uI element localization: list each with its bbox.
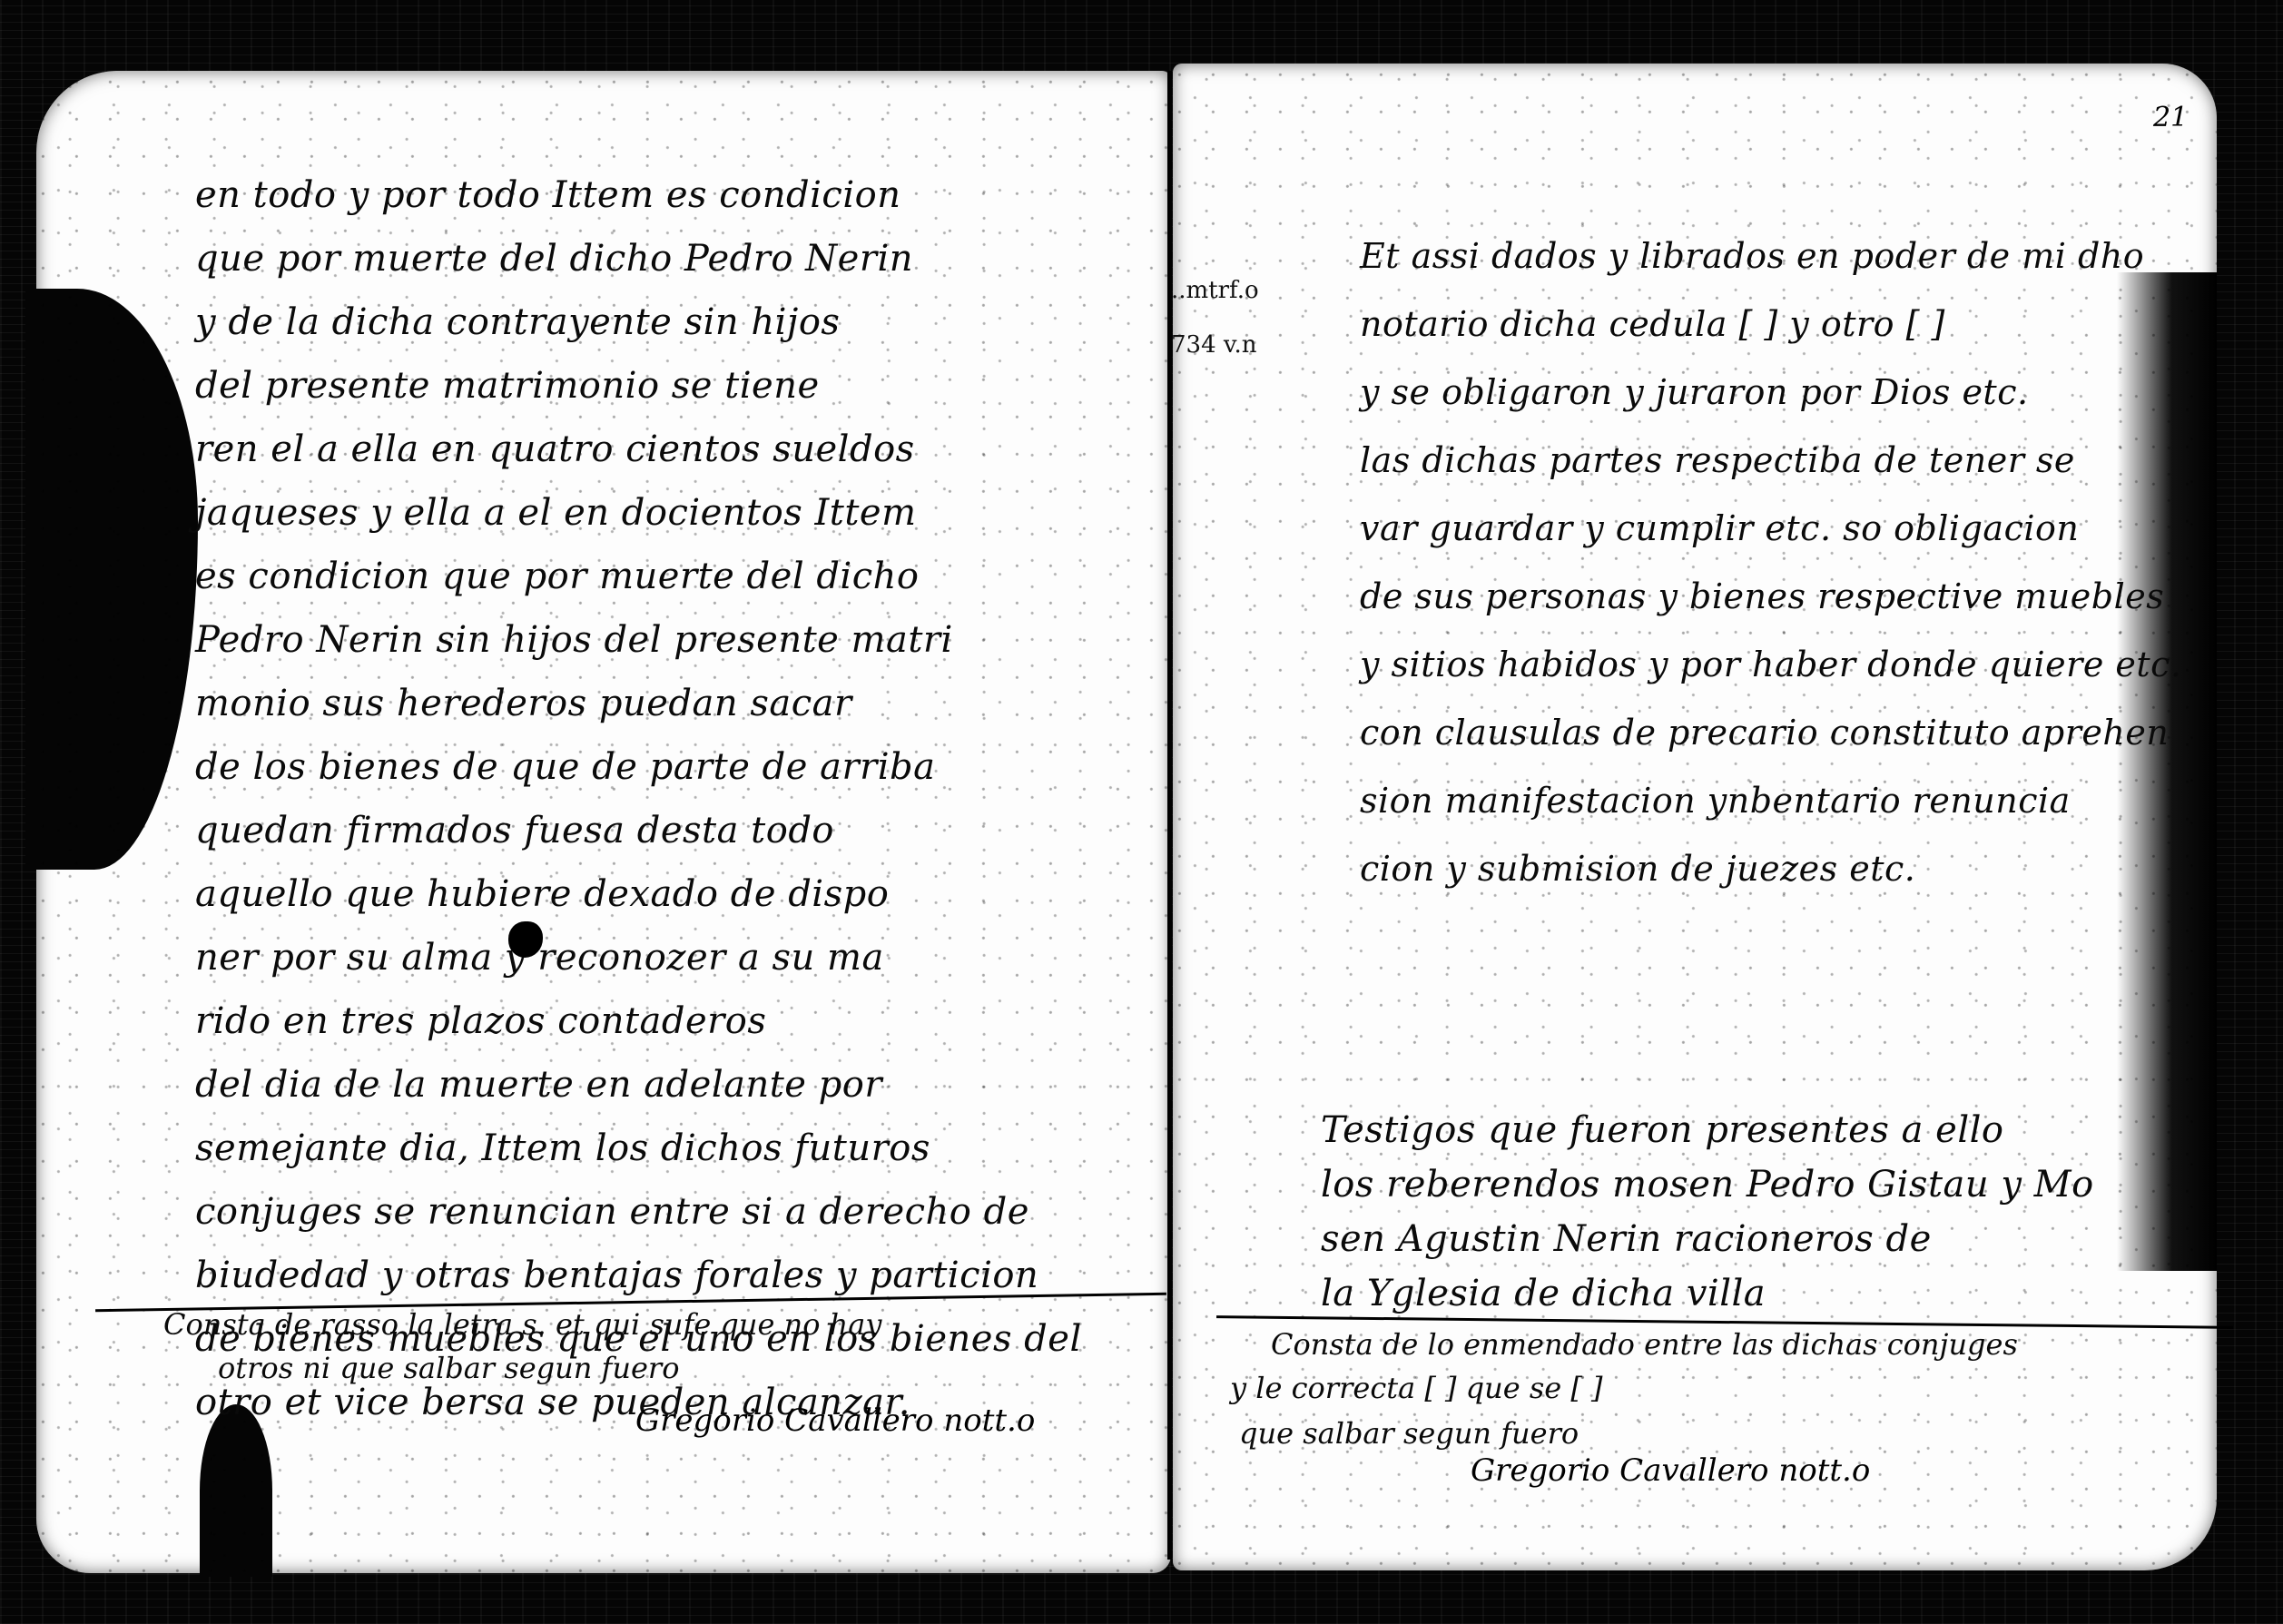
text-line: sen Agustin Nerin racioneros de [1321,1212,2094,1266]
text-line: los reberendos mosen Pedro Gistau y Mo [1321,1157,2094,1212]
text-line: y se obligaron y juraron por Dios etc. [1360,359,2182,427]
text-line: aquello que hubiere dexado de dispo [195,862,1082,926]
text-line: semejante dia, Ittem los dichos futuros [195,1117,1082,1180]
text-line: cion y submision de juezes etc. [1360,835,2182,903]
text-line: ren el a ella en quatro cientos sueldos [195,418,1082,481]
text-line: que por muerte del dicho Pedro Nerin [195,227,1082,290]
marginal-note-line: Consta de lo enmendado entre las dichas … [1271,1327,2018,1362]
text-line: las dichas partes respectiba de tener se [1360,427,2182,495]
notary-signature: Gregorio Cavallero nott.o [1471,1452,1870,1489]
right-page-margin-marks: ..mtrf.o 734 v.n [1171,263,1259,372]
notary-signature: Gregorio Cavallero nott.o [635,1403,1035,1439]
text-line: notario dicha cedula [ ] y otro [ ] [1360,290,2182,359]
text-line: y sitios habidos y por haber donde quier… [1360,631,2182,699]
text-line: var guardar y cumplir etc. so obligacion [1360,495,2182,563]
text-line: en todo y por todo Ittem es condicion [195,163,1082,227]
text-line: conjuges se renuncian entre si a derecho… [195,1180,1082,1244]
margin-mark: 734 v.n [1171,318,1259,372]
text-line: con clausulas de precario constituto apr… [1360,699,2182,767]
right-page-body: Et assi dados y librados en poder de mi … [1360,222,2182,903]
text-line: rido en tres plazos contaderos [195,989,1082,1053]
text-line: y de la dicha contrayente sin hijos [195,290,1082,354]
text-line: la Yglesia de dicha villa [1321,1266,2094,1321]
text-line: de los bienes de que de parte de arriba [195,735,1082,799]
text-line: Pedro Nerin sin hijos del presente matri [195,608,1082,672]
marginal-note-line: otros ni que salbar segun fuero [218,1351,679,1385]
marginal-note-line: que salbar segun fuero [1239,1416,1579,1451]
text-line: es condicion que por muerte del dicho [195,545,1082,608]
marginal-note-line: Consta de rasso la letra s. et qui sufe … [163,1307,881,1342]
page-number: 21 [2153,102,2188,133]
page-tear-damage [25,289,198,870]
text-line: ner por su alma y reconozer a su ma [195,926,1082,989]
margin-mark: ..mtrf.o [1171,263,1259,318]
text-line: monio sus herederos puedan sacar [195,672,1082,735]
text-line: sion manifestacion ynbentario renuncia [1360,767,2182,835]
marginal-note-line: y le correcta [ ] que se [ ] [1230,1371,1603,1405]
text-line: quedan firmados fuesa desta todo [195,799,1082,862]
text-line: Testigos que fueron presentes a ello [1321,1103,2094,1157]
left-page-body: en todo y por todo Ittem es condicion qu… [195,163,1082,1434]
text-line: jaqueses y ella a el en docientos Ittem [195,481,1082,545]
text-line: Et assi dados y librados en poder de mi … [1360,222,2182,290]
text-line: de sus personas y bienes respective mueb… [1360,563,2182,631]
text-line: del presente matrimonio se tiene [195,354,1082,418]
witnesses-clause: Testigos que fueron presentes a ello los… [1321,1103,2094,1321]
text-line: del dia de la muerte en adelante por [195,1053,1082,1117]
